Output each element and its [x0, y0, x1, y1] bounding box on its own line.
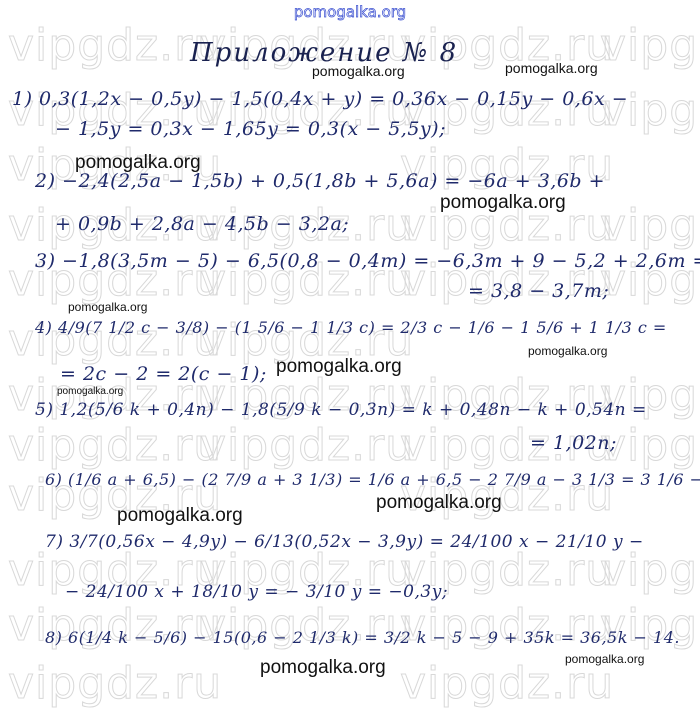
watermark: vipgdz.ru: [8, 658, 222, 709]
solution-3-line-1: 3) −1,8(3,5m − 5) − 6,5(0,8 − 0,4m) = −6…: [35, 250, 700, 272]
site-stamp: pomogalka.org: [440, 192, 566, 214]
solution-2-line-1: 2) −2,4(2,5a − 1,5b) + 0,5(1,8b + 5,6a) …: [35, 170, 605, 192]
watermark: vipgdz.ru: [600, 200, 700, 251]
watermark: vipgdz.ru: [600, 545, 700, 596]
site-stamp: pomogalka.org: [312, 63, 405, 79]
watermark: vipgdz.ru: [8, 420, 222, 471]
watermark: vipgdz.ru: [600, 20, 700, 71]
solution-5-line-2: = 1,02n;: [530, 432, 617, 454]
solution-3-line-2: = 3,8 − 3,7m;: [468, 280, 609, 302]
solution-7-line-1: 7) 3/7(0,56x − 4,9y) − 6/13(0,52x − 3,9y…: [45, 532, 644, 552]
solution-8-line-1: 8) 6(1/4 k − 5/6) − 15(0,6 − 2 1/3 k) = …: [45, 628, 680, 647]
solution-4-line-2: = 2c − 2 = 2(c − 1);: [60, 363, 267, 385]
solution-7-line-2: − 24/100 x + 18/10 y = − 3/10 y = −0,3y;: [65, 582, 448, 602]
site-stamp: pomogalka.org: [565, 652, 644, 666]
site-stamp: pomogalka.org: [57, 386, 123, 397]
solution-1-line-1: 1) 0,3(1,2x − 0,5y) − 1,5(0,4x + y) = 0,…: [12, 88, 628, 110]
watermark: vipgdz.ru: [200, 420, 414, 471]
site-stamp: pomogalka.org: [260, 657, 386, 679]
solution-5-line-1: 5) 1,2(5/6 k + 0,4n) − 1,8(5/9 k − 0,3n)…: [35, 400, 647, 420]
site-logo[interactable]: pomogalka.org: [0, 3, 700, 21]
site-stamp: pomogalka.org: [117, 505, 243, 527]
site-stamp: pomogalka.org: [276, 356, 402, 378]
site-stamp: pomogalka.org: [528, 344, 607, 358]
solution-1-line-2: − 1,5y = 0,3x − 1,65y = 0,3(x − 5,5y);: [55, 118, 446, 140]
solution-2-line-2: + 0,9b + 2,8a − 4,5b − 3,2a;: [55, 213, 349, 235]
solution-4-line-1: 4) 4/9(7 1/2 c − 3/8) − (1 5/6 − 1 1/3 c…: [35, 318, 667, 337]
site-stamp: pomogalka.org: [68, 300, 147, 314]
site-stamp: pomogalka.org: [505, 60, 598, 76]
solution-6-line-1: 6) (1/6 a + 6,5) − (2 7/9 a + 3 1/3) = 1…: [45, 470, 700, 489]
site-stamp: pomogalka.org: [376, 492, 502, 514]
